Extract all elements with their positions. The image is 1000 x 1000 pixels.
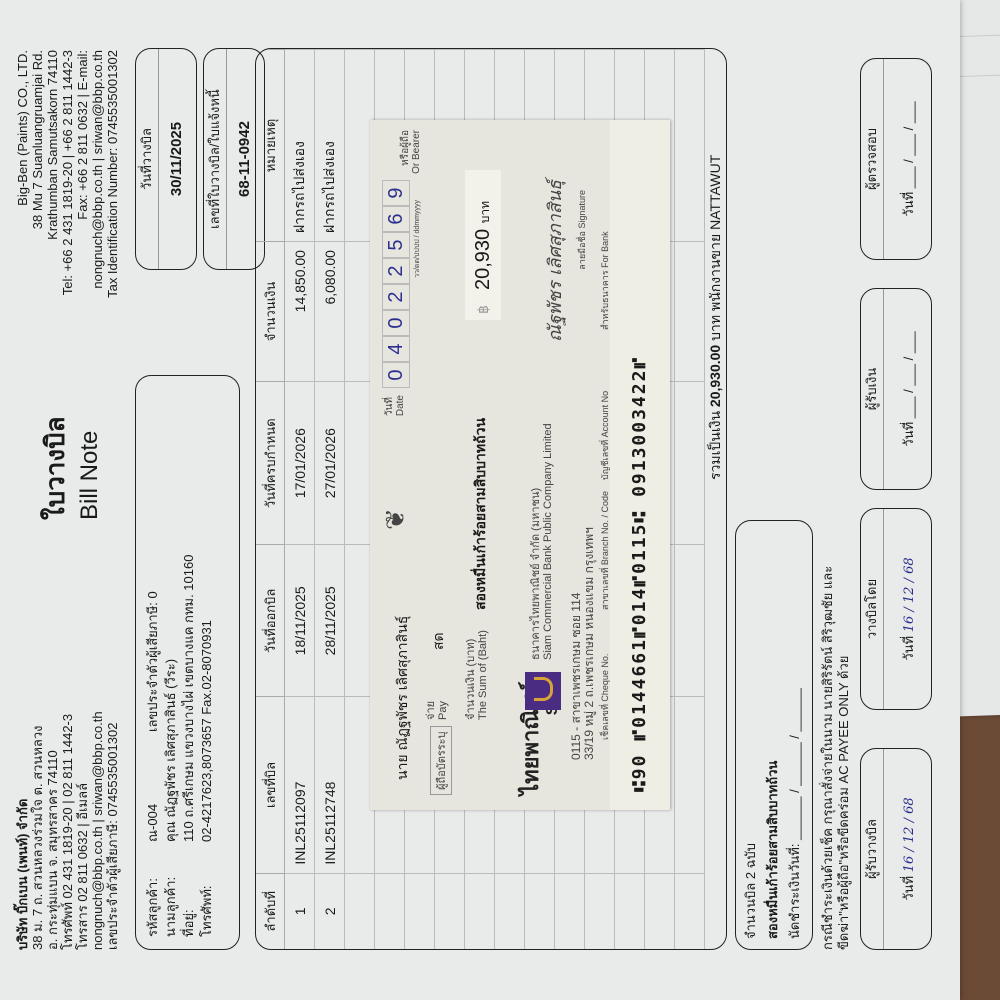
table-cell: 18/11/2025 (285, 545, 315, 697)
payment-note: กรณีชำระเงินด้วยเช็ค กรุณาสั่งจ่ายในนาม … (820, 50, 852, 950)
cheque-date-hint: วว/ดด/ปปปป / ddmmyyyy (412, 200, 423, 278)
salesperson-label: พนักงานขาย (707, 234, 723, 311)
cheque-micr-line: ⑆90 ⑈0144661⑈014⑈0115⑆ 0913003422⑈ (610, 120, 670, 810)
table-cell (675, 873, 705, 949)
table-cell: ฝากรถไปส่งเอง (285, 50, 315, 242)
customer-address: 110 ถ.ศรีเกษม แขวงบางไผ่ เขตบางแค กทม. 1… (180, 388, 198, 842)
company-tax-id-thai: เลขประจำตัวผู้เสียภาษี: 0745535001302 (105, 711, 120, 950)
date-digit: 2 (382, 258, 410, 284)
table-header: จำนวนเงิน (256, 242, 285, 382)
customer-name: คุณ ณัฏฐพัชร เลิศสุภาสินธ์ (วีระ) (162, 388, 180, 842)
company-address-english-2: Krathumban Samutsakorn 74110 (45, 50, 60, 298)
date-digit: 0 (382, 310, 410, 336)
title-thai: ใบวางบิล (35, 416, 76, 520)
cheque-amount-box: ฿20,930 บาท (465, 170, 501, 320)
payment-note-line-2: ขีดฆ่า"หรือผู้ถือ"หรือขีดคร่อม AC PAYEE … (836, 50, 852, 950)
cheque-crossed-label: ผู้ถือบัตรระบุ (430, 726, 452, 795)
table-cell (675, 50, 705, 242)
company-name-english: Big-Ben (Paints) CO., LTD. (15, 50, 30, 298)
table-cell: ฝากรถไปส่งเอง (315, 50, 345, 242)
cheque-date-digits: 04022569 (382, 180, 410, 388)
company-email-thai: nongnuch@bbp.co.th | sriwan@bbp.co.th (90, 711, 105, 950)
table-cell (435, 873, 465, 949)
table-cell (465, 873, 495, 949)
customer-code: ณ-004 (144, 732, 162, 842)
table-cell (405, 873, 435, 949)
table-cell: INL25112097 (285, 697, 315, 873)
table-cell: 17/01/2026 (285, 381, 315, 545)
date-digit: 2 (382, 284, 410, 310)
company-phone-thai: โทรศัพท์ 02 431 1819-20 | 02 811 1442-3 (60, 711, 75, 950)
date-digit: 9 (382, 180, 410, 206)
company-name-thai: บริษัท บิ๊กเบน (เพนท์) จำกัด (15, 799, 30, 950)
table-cell (645, 873, 675, 949)
or-bearer-label: หรือผู้ถือOr Bearer (400, 130, 422, 174)
garuda-emblem-icon: ❦ (380, 508, 411, 530)
table-cell (675, 242, 705, 382)
bill-number-label: เลขที่ใบวางบิล/ใบแจ้งหนี้ (204, 49, 227, 269)
company-info-thai: บริษัท บิ๊กเบน (เพนท์) จำกัด 38 ม. 7 ถ. … (15, 711, 120, 950)
payment-date-label: นัดชำระเงินวันที่: (787, 844, 802, 939)
bill-date: 30/11/2025 (159, 49, 195, 269)
table-cell: INL25112748 (315, 697, 345, 873)
total-amount: 20,930.00 (707, 345, 723, 407)
company-tax-id-english: Tax Identification Number: 0745535001302 (105, 50, 120, 298)
bank-branch: 0115 - สาขาเพชรเกษม ซอย 11433/19 หมู่ 2 … (570, 527, 596, 760)
table-cell (345, 873, 375, 949)
table-cell (555, 873, 585, 949)
signature-box: วางบิลโดยวันที่ 16 / 12 / 68 (860, 508, 932, 710)
table-header: วันที่ออกบิล (256, 545, 285, 697)
company-email-english: nongnuch@bbp.co.th | sriwan@bbp.co.th (90, 50, 105, 298)
payment-note-line-1: กรณีชำระเงินด้วยเช็ค กรุณาสั่งจ่ายในนาม … (820, 50, 836, 950)
company-fax-thai: โทรสาร 02 811 0632 | อีเมลล์ (75, 711, 90, 950)
scb-cheque: ผู้ถือบัตรระบุ จ่ายPay นาย ณัฏฐพัชร เลิศ… (370, 120, 670, 810)
table-cell: 14,850.00 (285, 242, 315, 382)
bank-full-name: ธนาคารไทยพาณิชย์ จำกัด (มหาชน)Siam Comme… (530, 423, 554, 660)
amount-summary-box: จำนวนบิล 2 ฉบับ สองหมื่นเก้าร้อยสามสิบบา… (735, 520, 813, 950)
customer-code-label: รหัสลูกค้า: (144, 842, 162, 937)
bill-date-label: วันที่วางบิล (136, 49, 159, 269)
table-header: ลำดับที่ (256, 873, 285, 949)
total-line: รวมเป็นเงิน 20,930.00 บาท พนักงานขาย NAT… (705, 50, 727, 950)
cheque-amount: 20,930 (472, 229, 494, 290)
customer-address-label: ที่อยู่: (180, 842, 198, 937)
table-cell: 28/11/2025 (315, 545, 345, 697)
customer-tax-id: เลขประจำตัวผู้เสียภาษี: 0 (144, 591, 162, 732)
table-cell (675, 545, 705, 697)
table-row (675, 50, 705, 950)
cheque-payee: นาย ณัฏฐพัชร เลิศสุภาสินธุ์ (392, 616, 414, 780)
signature-box: ผู้รับวางบิลวันที่ 16 / 12 / 68 (860, 748, 932, 950)
table-cell: 27/01/2026 (315, 381, 345, 545)
table-cell (495, 873, 525, 949)
date-digit: 6 (382, 206, 410, 232)
company-address-thai-1: 38 ม. 7 ถ. สวนหลวงร่วมใจ ต. สวนหลวง (30, 711, 45, 950)
bill-count: จำนวนบิล 2 ฉบับ (740, 531, 762, 939)
bill-date-box: วันที่วางบิล 30/11/2025 (135, 48, 197, 270)
salesperson-name: NATTAWUT (707, 155, 723, 230)
cheque-signature: ณัฐพัชร เลิศสุภาสินธุ์ (540, 180, 569, 342)
table-row: 2INL2511274828/11/202527/01/20266,080.00… (315, 50, 345, 950)
table-header: หมายเหตุ (256, 50, 285, 242)
amount-in-words: สองหมื่นเก้าร้อยสามสิบบาทถ้วน (762, 531, 784, 939)
bill-note-sheet: บริษัท บิ๊กเบน (เพนท์) จำกัด 38 ม. 7 ถ. … (0, 0, 960, 1000)
table-cell: 1 (285, 873, 315, 949)
cheque-pay-label: จ่ายPay (425, 701, 449, 720)
company-address-english-1: 38 Mu 7 Suanluangruamjai Rd. (30, 50, 45, 298)
cheque-payee-struck: สด (428, 632, 450, 650)
customer-name-label: นามลูกค้า: (162, 842, 180, 937)
table-cell: 6,080.00 (315, 242, 345, 382)
customer-phone: 02-4217623,8073657 Fax.02-8070931 (198, 388, 216, 842)
table-row: 1INL2511209718/11/202517/01/202614,850.0… (285, 50, 315, 950)
table-cell (675, 381, 705, 545)
cheque-sum-label: จำนวนเงิน (บาท)The Sum of (Baht) (465, 630, 489, 720)
cheque-date-label: วันที่Date (384, 395, 406, 416)
customer-phone-label: โทรศัพท์: (198, 842, 216, 937)
signature-box: ผู้ตรวจสอบวันที่ ___ / ___ / ___ (860, 58, 932, 260)
table-cell (615, 873, 645, 949)
company-phone-english: Tel: +66 2 431 1819-20 | +66 2 811 1442-… (60, 50, 75, 298)
scb-logo-icon (525, 672, 561, 710)
table-header: วันที่ครบกำหนด (256, 381, 285, 545)
signature-box: ผู้รับเงินวันที่ ___ / ___ / ___ (860, 288, 932, 490)
title-english: Bill Note (76, 416, 104, 520)
customer-info-box: รหัสลูกค้า:ณ-004เลขประจำตัวผู้เสียภาษี: … (135, 375, 240, 950)
company-fax-english: Fax: +66 2 811 0632 | E-mail: (75, 50, 90, 298)
date-digit: 4 (382, 336, 410, 362)
total-currency: บาท (707, 315, 723, 341)
table-cell (675, 697, 705, 873)
table-cell (585, 873, 615, 949)
table-cell (375, 873, 405, 949)
date-digit: 5 (382, 232, 410, 258)
document-title: ใบวางบิล Bill Note (35, 416, 104, 520)
signature-label: ลายมือชื่อ Signature (575, 190, 589, 270)
company-info-english: Big-Ben (Paints) CO., LTD. 38 Mu 7 Suanl… (15, 50, 120, 298)
cheque-amount-words: สองหมื่นเก้าร้อยสามสิบบาทถ้วน (470, 418, 492, 610)
table-cell: 2 (315, 873, 345, 949)
total-label: รวมเป็นเงิน (707, 411, 723, 480)
company-address-thai-2: อ. กระทุ่มแบน จ. สมุทรสาคร 74110 (45, 711, 60, 950)
date-digit: 0 (382, 362, 410, 388)
table-header: เลขที่บิล (256, 697, 285, 873)
table-cell (525, 873, 555, 949)
